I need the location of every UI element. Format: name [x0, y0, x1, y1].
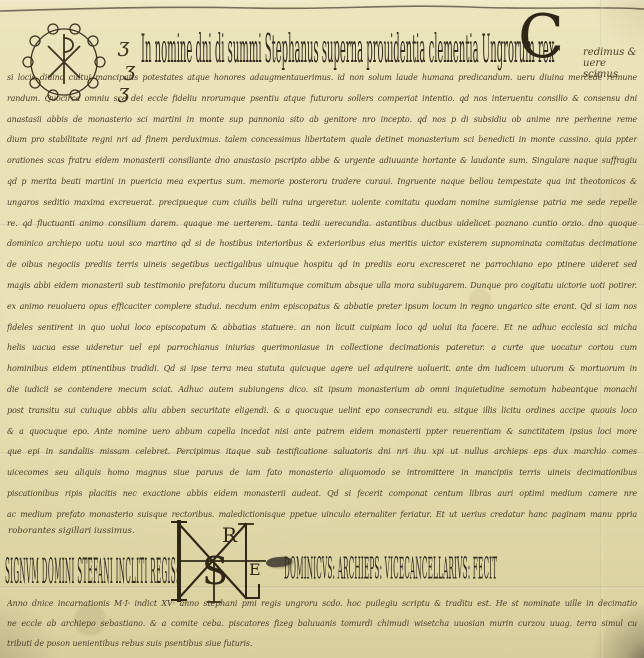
charter-body-line: magis abbi eidem monasterii sub testimon…: [7, 276, 637, 297]
charter-body-line: post transitu sui cuiuque abbis aliu abb…: [7, 401, 637, 422]
charter-body-line: uicecomes seu aliquis homo magnus siue p…: [7, 463, 637, 484]
charter-body-line: die iudicii se contendere mecum sciat. A…: [7, 380, 637, 401]
charter-body-line: randum. Quocirca omniu sce dei eccle fid…: [7, 89, 637, 110]
charter-body-line: qd p merita beati martini in puericia me…: [7, 172, 637, 193]
monogram-letter-s: S: [202, 549, 228, 593]
charter-body-line: piscationibus ripis placitis nec exactio…: [7, 484, 637, 505]
charter-body: si locis diuino cultui mancipatis potest…: [7, 68, 637, 526]
charter-dating: Anno dnice incarnationis M·I· indict XV·…: [7, 594, 637, 654]
charter-body-line: fideles sentirent in quo uolui loco epis…: [7, 318, 637, 339]
charter-body-line: & a quocuque epo. Ante nomine uero abbum…: [7, 422, 637, 443]
charter-body-line: dominico archiepo uotu uoui sco martino …: [7, 234, 637, 255]
initial-capital-c: C: [518, 8, 564, 66]
dating-line: tributi de poson uenientibus rebus suis …: [7, 634, 637, 654]
svg-text:ʒ: ʒ: [117, 33, 130, 57]
charter-body-line: de oibus negociis prediis terris uineis …: [7, 255, 637, 276]
closing-line: roborantes sigillari iussimus.: [8, 526, 135, 536]
charter-body-line: dium pro stabilitate regni nri ad finem …: [7, 130, 637, 151]
charter-body-line: orationes scas fratru eidem monasterii c…: [7, 151, 637, 172]
charter-body-line: que epi in sandaliis missam celebret. Pe…: [7, 442, 637, 463]
charter-body-line: si locis diuino cultui mancipatis potest…: [7, 68, 637, 89]
dating-line: Anno dnice incarnationis M·I· indict XV·…: [7, 594, 637, 614]
charter-body-line: hominibus eidem ptinentibus tradidi. Qd …: [7, 359, 637, 380]
dating-line: ne eccle ab archiepo sebastiano. & a com…: [7, 614, 637, 634]
charter-page: ʒ ʒ ʒ In nomine dni di summi Stephanus s…: [0, 0, 644, 658]
chancellor-attestation-line: DOMINICVS: ARCHIEPS: VICECANCELLARIVS: F…: [284, 553, 497, 587]
monogram-letter-r: R: [222, 523, 238, 547]
charter-body-line: anastasii abbis de monasterio sci martin…: [7, 110, 637, 131]
charter-body-line: ungaros seditio maxima excreuerat. preci…: [7, 193, 637, 214]
charter-body-line: re. qd fluctuanti animo consilium darem.…: [7, 214, 637, 235]
charter-body-line: ac medium prefato monasterio suisque rec…: [7, 505, 637, 526]
charter-body-line: helis uacua esse uideretur uel epi parro…: [7, 338, 637, 359]
royal-signum-line: SIGNVM DOMINI STEFANI INCLITI REGIS:: [5, 551, 179, 592]
monogram-letter-e: E: [249, 560, 261, 579]
stephanus-rex-monogram: R S E: [166, 518, 268, 604]
royal-invocation-line: In nomine dni di summi Stephanus superna…: [141, 27, 561, 73]
charter-body-line: ex animo reuoluera opus efficaciter comp…: [7, 297, 637, 318]
